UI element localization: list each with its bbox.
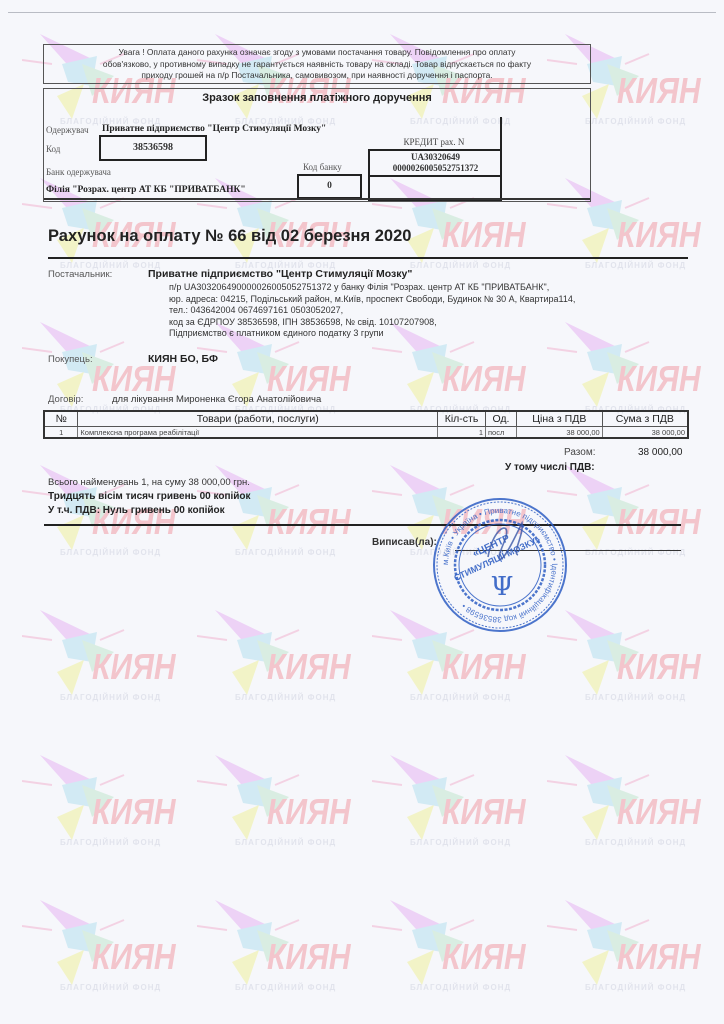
bank-label: Банк одержувача [46, 167, 111, 177]
items-table: № Товари (работи, послуги) Кіл-сть Од. Ц… [43, 410, 689, 439]
payment-sample-title: Зразок заповнення платіжного доручення [44, 92, 590, 104]
col-unit: Од. [485, 411, 516, 427]
supplier-detail-line: код за ЄДРПОУ 38536598, ІПН 38536598, № … [169, 317, 575, 329]
table-row: 1 Комплексна програма реабілітації 1 пос… [44, 427, 688, 439]
total-value: 38 000,00 [638, 447, 683, 458]
issued-by-label: Виписав(ла): [372, 537, 437, 548]
supplier-detail-line: п/р UA303206490000026005052751372 у банк… [169, 282, 575, 294]
credit-account-box: UA30320649 0000026005052751372 [368, 149, 501, 201]
total-label: Разом: [564, 447, 595, 458]
recipient-label: Одержувач [46, 125, 88, 135]
vat-label: У тому числі ПДВ: [505, 462, 595, 473]
cell-goods: Комплексна програма реабілітації [78, 427, 438, 439]
payment-notice: Увага ! Оплата даного рахунка означає зг… [43, 44, 591, 84]
account-line-1: UA30320649 [370, 152, 501, 163]
amount-in-words: Тридцять вісім тисяч гривень 00 копійок [48, 491, 251, 502]
bank-code-label: Код банку [303, 162, 342, 172]
invoice-page: Увага ! Оплата даного рахунка означає зг… [0, 0, 724, 1024]
cell-price: 38 000,00 [516, 427, 602, 439]
cell-sum: 38 000,00 [602, 427, 688, 439]
bank-code-box: 0 [297, 174, 362, 199]
supplier-detail-line: Підприємство є платником єдиного податку… [169, 328, 575, 340]
notice-line: приходу грошей на п/р Постачальника, сам… [44, 70, 590, 82]
buyer-name: КИЯН БО, БФ [148, 353, 218, 365]
notice-line: Увага ! Оплата даного рахунка означає зг… [44, 47, 590, 59]
col-sum: Сума з ПДВ [602, 411, 688, 427]
payment-sample-bottom-rule [44, 198, 590, 200]
recipient-value: Приватне підприємство "Центр Стимуляції … [102, 124, 326, 134]
cell-unit: посл [485, 427, 516, 439]
invoice-title: Рахунок на оплату № 66 від 02 березня 20… [48, 227, 411, 246]
code-label: Код [46, 144, 60, 154]
company-stamp: м.Київ • Україна • Приватне підприємство… [430, 495, 570, 635]
cell-number: 1 [44, 427, 78, 439]
col-number: № [44, 411, 78, 427]
supplier-label: Постачальник: [48, 269, 112, 280]
signature-scribble [488, 523, 522, 559]
buyer-label: Покупець: [48, 354, 93, 365]
supplier-detail-line: тел.: 043642004 0674697161 0503052027, [169, 305, 575, 317]
table-header-row: № Товари (работи, послуги) Кіл-сть Од. Ц… [44, 411, 688, 427]
notice-line: обов'язково, у противному випадку не гар… [44, 59, 590, 71]
col-qty: Кіл-сть [438, 411, 486, 427]
items-summary: Всього найменувань 1, на суму 38 000,00 … [48, 477, 250, 488]
bank-value: Філія "Розрах. центр АТ КБ "ПРИВАТБАНК" [46, 185, 246, 195]
contract-label: Договір: [48, 394, 83, 405]
vat-in-words: У т.ч. ПДВ: Нуль гривень 00 копійок [48, 505, 225, 516]
payment-order-sample: Зразок заповнення платіжного доручення О… [43, 88, 591, 202]
cell-qty: 1 [438, 427, 486, 439]
supplier-name: Приватне підприємство "Центр Стимуляції … [148, 268, 412, 280]
psi-symbol-icon: Ψ [491, 572, 514, 602]
title-rule [48, 257, 688, 259]
col-goods: Товари (работи, послуги) [78, 411, 438, 427]
credit-account-label: КРЕДИТ рах. N [368, 137, 500, 147]
account-number: UA30320649 0000026005052751372 [370, 151, 501, 177]
code-box: 38536598 [99, 135, 207, 161]
contract-value: для лікування Мироненка Єгора Анатолійов… [112, 394, 321, 405]
account-line-2: 0000026005052751372 [370, 163, 501, 174]
supplier-detail-line: юр. адреса: 04215, Подільський район, м.… [169, 294, 575, 306]
summary-rule [44, 524, 681, 526]
col-price: Ціна з ПДВ [516, 411, 602, 427]
supplier-details: п/р UA303206490000026005052751372 у банк… [169, 282, 575, 340]
